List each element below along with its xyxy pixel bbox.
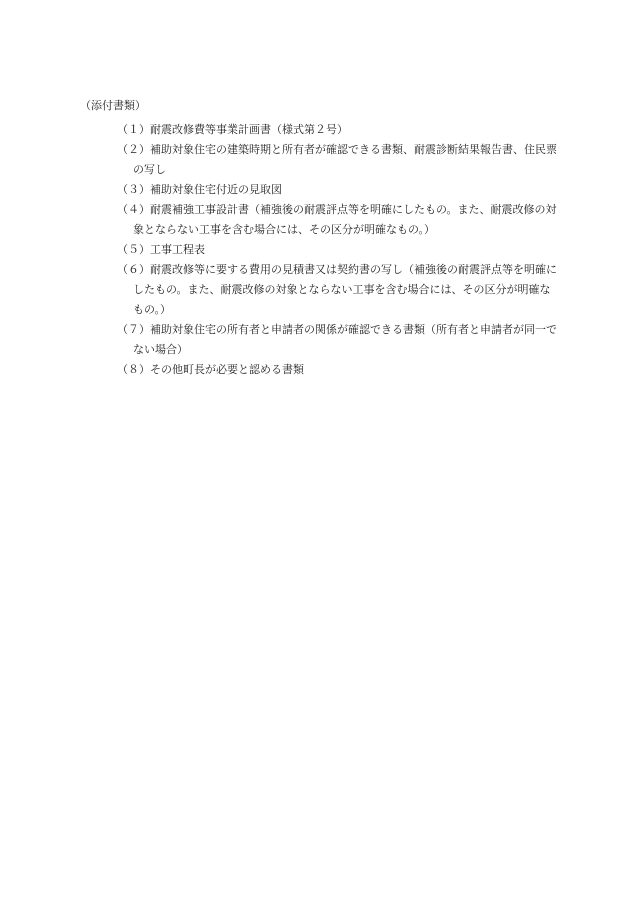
item-text: 耐震補強工事設計書（補強後の耐震評点等を明確にしたもの。また、耐震改修の対 (150, 203, 557, 216)
list-item-7: （７）補助対象住宅の所有者と申請者の関係が確認できる書類（所有者と申請者が同一で… (117, 320, 562, 360)
item-number: （２） (117, 143, 150, 156)
item-text-continuation: の写し (117, 160, 562, 180)
item-number: （６） (117, 263, 150, 276)
item-text: その他町長が必要と認める書類 (150, 363, 304, 376)
list-item-6: （６）耐震改修等に要する費用の見積書又は契約書の写し（補強後の耐震評点等を明確に… (117, 260, 562, 320)
list-item-2: （２）補助対象住宅の建築時期と所有者が確認できる書類、耐震診断結果報告書、住民票… (117, 140, 562, 180)
list-item-1: （１）耐震改修費等事業計画書（様式第２号） (117, 120, 562, 140)
list-item-5: （５）工事工程表 (117, 240, 562, 260)
attachments-heading: （添付書類） (80, 98, 146, 114)
item-number: （７） (117, 323, 150, 336)
item-text: 工事工程表 (150, 243, 205, 256)
list-item-3: （３）補助対象住宅付近の見取図 (117, 180, 562, 200)
attachment-list: （１）耐震改修費等事業計画書（様式第２号） （２）補助対象住宅の建築時期と所有者… (117, 120, 562, 380)
item-text-continuation: もの。） (117, 300, 562, 320)
item-text: 耐震改修費等事業計画書（様式第２号） (150, 123, 348, 136)
item-text: 補助対象住宅の建築時期と所有者が確認できる書類、耐震診断結果報告書、住民票 (150, 143, 557, 156)
list-item-8: （８）その他町長が必要と認める書類 (117, 360, 562, 380)
item-text: 耐震改修等に要する費用の見積書又は契約書の写し（補強後の耐震評点等を明確に (150, 263, 557, 276)
item-text-continuation: 象とならない工事を含む場合には、その区分が明確なもの。） (117, 220, 562, 240)
item-number: （３） (117, 183, 150, 196)
item-text-continuation: ない場合） (117, 340, 562, 360)
item-text-continuation: したもの。また、耐震改修の対象とならない工事を含む場合には、その区分が明確な (117, 280, 562, 300)
item-text: 補助対象住宅の所有者と申請者の関係が確認できる書類（所有者と申請者が同一で (150, 323, 557, 336)
item-number: （１） (117, 123, 150, 136)
item-number: （８） (117, 363, 150, 376)
item-text: 補助対象住宅付近の見取図 (150, 183, 282, 196)
item-number: （４） (117, 203, 150, 216)
item-number: （５） (117, 243, 150, 256)
document-page: （添付書類） （１）耐震改修費等事業計画書（様式第２号） （２）補助対象住宅の建… (0, 0, 630, 903)
list-item-4: （４）耐震補強工事設計書（補強後の耐震評点等を明確にしたもの。また、耐震改修の対… (117, 200, 562, 240)
